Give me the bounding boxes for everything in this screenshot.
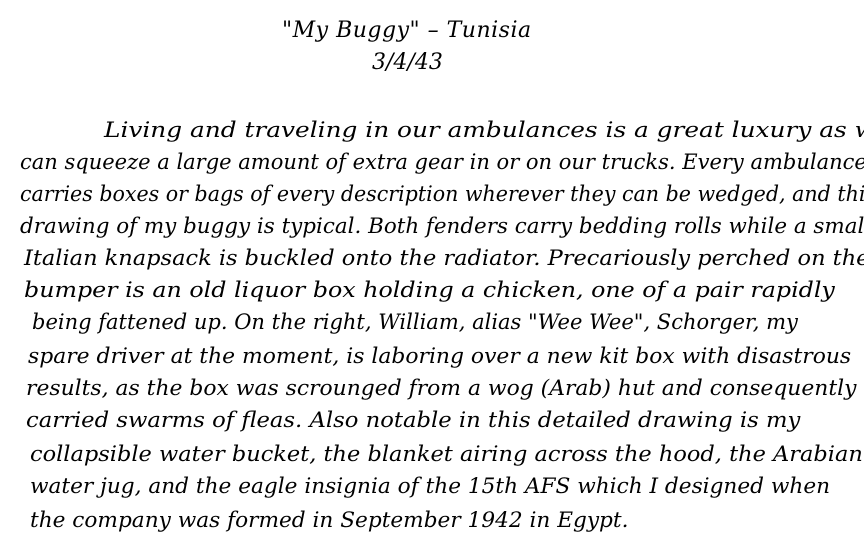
text-line-4: drawing of my buggy is typical. Both fen… — [20, 212, 864, 240]
text-line-3: carries boxes or bags of every descripti… — [20, 180, 864, 208]
text-line-1: Living and traveling in our ambulances i… — [104, 116, 864, 144]
text-line-8: spare driver at the moment, is laboring … — [28, 342, 851, 370]
text-line-11: collapsible water bucket, the blanket ai… — [30, 440, 863, 468]
text-line-7: being fattened up. On the right, William… — [32, 308, 798, 336]
text-line-5: Italian knapsack is buckled onto the rad… — [24, 244, 864, 272]
text-line-12: water jug, and the eagle insignia of the… — [30, 472, 830, 500]
text-line-13: the company was formed in September 1942… — [30, 506, 628, 534]
letter-date: 3/4/43 — [372, 50, 443, 75]
letter-title: "My Buggy" – Tunisia — [282, 18, 532, 43]
text-line-2: can squeeze a large amount of extra gear… — [20, 148, 864, 176]
text-line-10: carried swarms of fleas. Also notable in… — [26, 406, 800, 434]
text-line-6: bumper is an old liquor box holding a ch… — [24, 276, 835, 304]
text-line-9: results, as the box was scrounged from a… — [26, 374, 856, 402]
handwritten-letter-page: "My Buggy" – Tunisia 3/4/43 Living and t… — [0, 0, 864, 556]
